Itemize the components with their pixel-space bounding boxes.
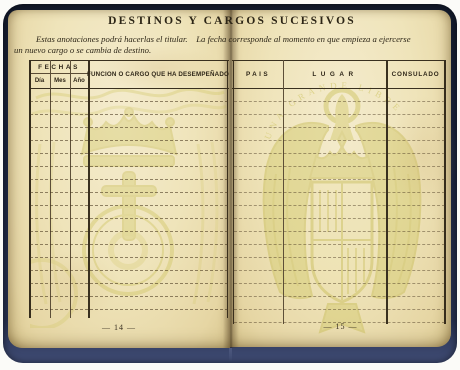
ruled-rows-left (30, 89, 228, 310)
ruled-line (30, 128, 228, 141)
spine-notch (229, 348, 232, 362)
fechas-group-header: FECHAS (29, 61, 89, 73)
ruled-line (30, 271, 228, 284)
page-title: DESTINOS Y CARGOS SUCESIVOS (10, 15, 454, 27)
ruled-line (234, 180, 445, 193)
column-header-consulado: CONSULADO (387, 60, 444, 88)
ruled-line (234, 115, 445, 128)
intro-line-2: un nuevo cargo o se cambia de destino. (14, 45, 151, 56)
ruled-line (30, 245, 228, 258)
ruled-line (234, 128, 445, 141)
ruled-line (30, 115, 228, 128)
page-number-right: — 15 — (230, 322, 451, 331)
column-header-ano: Año (70, 74, 88, 88)
ruled-line (234, 245, 445, 258)
column-header-dia: Día (29, 74, 50, 88)
ruled-line (30, 284, 228, 297)
ruled-line (234, 219, 445, 232)
ruled-line (30, 258, 228, 271)
page-number-left: — 14 — (8, 323, 230, 332)
ruled-line (234, 154, 445, 167)
ruled-line (30, 193, 228, 206)
ruled-line (234, 310, 445, 323)
ruled-line (30, 154, 228, 167)
ruled-line (30, 206, 228, 219)
column-header-funcion: FUNCION O CARGO QUE HA DESEMPEÑADO (89, 60, 227, 88)
ruled-line (30, 167, 228, 180)
ruled-line (234, 193, 445, 206)
ruled-line (30, 180, 228, 193)
ruled-line (30, 232, 228, 245)
ruled-line (30, 219, 228, 232)
ruled-line (234, 232, 445, 245)
column-header-pais: PAIS (233, 60, 283, 88)
ruled-rows-right (234, 89, 445, 323)
intro-line-1: Estas anotaciones podrá hacerlas el titu… (14, 34, 411, 45)
column-header-lugar: LUGAR (284, 60, 386, 88)
ruled-line (30, 141, 228, 154)
ruled-line (30, 102, 228, 115)
ruled-line (234, 206, 445, 219)
ruled-line (234, 102, 445, 115)
scanned-booklet-spread: UNA GRANDE LIBRE (0, 0, 460, 370)
ruled-line (234, 167, 445, 180)
ruled-line (234, 271, 445, 284)
ruled-line (234, 284, 445, 297)
ruled-line (234, 141, 445, 154)
ruled-line (234, 89, 445, 102)
ruled-line (30, 89, 228, 102)
column-header-mes: Mes (50, 74, 70, 88)
ruled-line (234, 258, 445, 271)
ruled-line (30, 297, 228, 310)
ruled-line (234, 297, 445, 310)
